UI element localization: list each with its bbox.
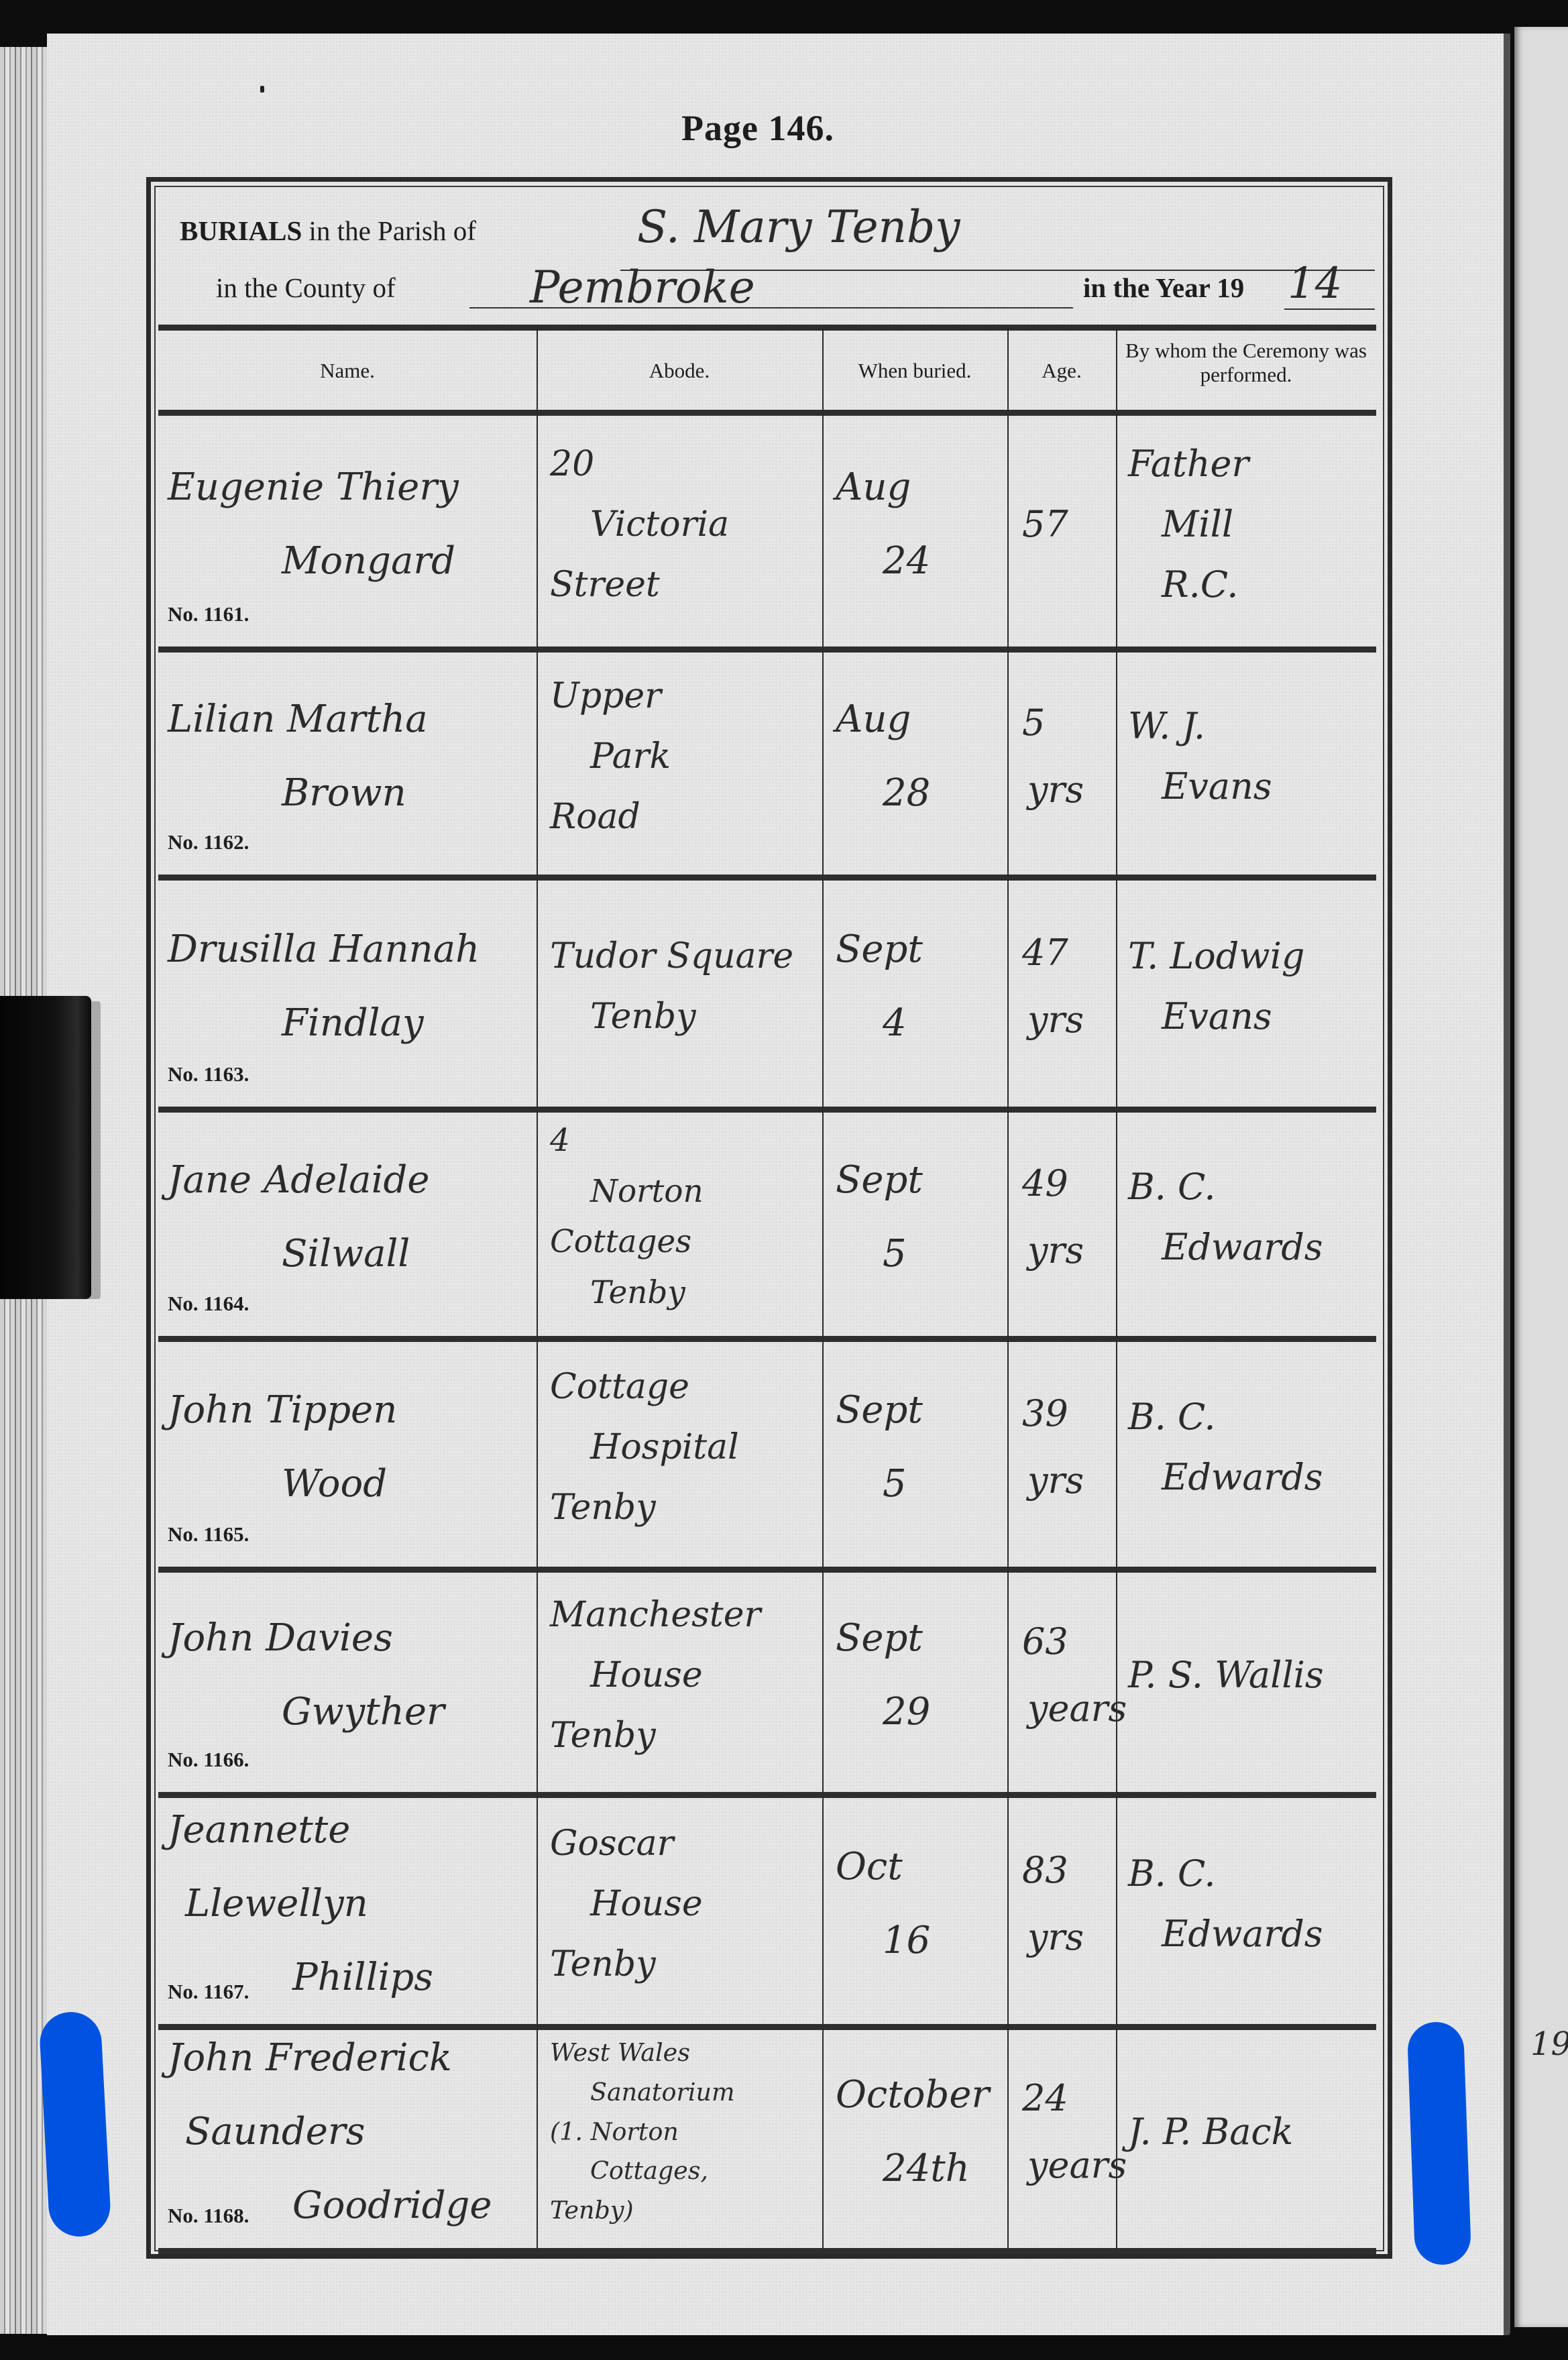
- entry-number: No. 1164.: [168, 1292, 249, 1316]
- entry-abode: Tenby: [590, 987, 696, 1047]
- parish-label-text: in the Parish of: [302, 215, 476, 246]
- entry-officiant: Edwards: [1162, 1217, 1323, 1278]
- entry-age: yrs: [1027, 987, 1084, 1054]
- burials-heading: BURIALS: [180, 215, 302, 246]
- row-rule: [158, 647, 1376, 653]
- row-rule: [158, 410, 1376, 416]
- entry-name: Mongard: [282, 524, 455, 598]
- entry-name: Phillips: [292, 1941, 433, 2015]
- blue-highlight-mark-left: [38, 2011, 111, 2238]
- row-rule: [158, 1567, 1376, 1573]
- entry-officiant: B. C.: [1128, 1157, 1216, 1217]
- entry-abode: Park: [590, 726, 671, 787]
- entry-abode: Tenby): [550, 2191, 634, 2231]
- entry-when-buried: 28: [883, 756, 930, 830]
- entry-when-buried: 29: [883, 1675, 930, 1749]
- entry-officiant: Evans: [1162, 987, 1272, 1047]
- entry-officiant: T. Lodwig: [1128, 926, 1304, 987]
- county-label: in the County of: [216, 272, 396, 304]
- entry-number: No. 1163.: [168, 1062, 249, 1086]
- entry-abode: Norton: [590, 1167, 704, 1218]
- year-underline: [1284, 308, 1375, 310]
- entry-when-buried: 4: [883, 987, 907, 1060]
- entry-age: yrs: [1027, 1447, 1084, 1514]
- entry-number: No. 1168.: [168, 2204, 249, 2228]
- entry-name: Jane Adelaide: [168, 1143, 429, 1217]
- entry-abode: Tenby: [590, 1268, 685, 1319]
- entry-number: No. 1166.: [168, 1748, 249, 1772]
- entry-abode: Street: [550, 555, 660, 615]
- entry-age: years: [1027, 1675, 1127, 1742]
- entry-officiant: Edwards: [1162, 1447, 1323, 1508]
- entry-abode: Tenby: [550, 1477, 656, 1538]
- entry-name: Drusilla Hannah: [168, 913, 480, 987]
- entry-age: 39: [1022, 1380, 1068, 1447]
- column-header-abode: Abode.: [537, 359, 822, 383]
- entry-abode: Cottage: [550, 1357, 689, 1417]
- entry-when-buried: 24: [883, 524, 930, 598]
- county-value: Pembroke: [530, 262, 755, 313]
- next-page-margin-note: 19: [1530, 2025, 1568, 2063]
- book-clip: [0, 996, 91, 1299]
- entry-officiant: J. P. Back: [1128, 2102, 1293, 2162]
- ink-speck: [260, 86, 264, 93]
- column-header-officiant: By whom the Ceremony was performed.: [1116, 339, 1376, 387]
- entry-age: yrs: [1027, 1217, 1084, 1284]
- entry-officiant: Evans: [1162, 756, 1272, 817]
- column-header-when_buried: When buried.: [822, 359, 1007, 383]
- entry-when-buried: Sept: [836, 913, 923, 987]
- entry-age: 63: [1022, 1608, 1068, 1675]
- entry-name: Goodridge: [292, 2169, 492, 2243]
- entry-number: No. 1162.: [168, 830, 249, 854]
- entry-abode: Tudor Square: [550, 926, 793, 987]
- entry-abode: Cottages: [550, 1217, 691, 1268]
- entry-officiant: W. J.: [1128, 696, 1205, 756]
- year-value: 14: [1288, 259, 1342, 308]
- entry-officiant: Father: [1128, 434, 1249, 494]
- entry-abode: Sanatorium: [590, 2073, 735, 2113]
- entry-abode: House: [590, 1874, 703, 1934]
- entry-name: Wood: [282, 1447, 387, 1521]
- entry-when-buried: 5: [883, 1217, 907, 1291]
- column-divider: [1007, 327, 1009, 2251]
- entry-officiant: Mill: [1162, 494, 1233, 555]
- entry-name: Llewellyn: [185, 1867, 368, 1941]
- entry-when-buried: Sept: [836, 1602, 923, 1675]
- entry-officiant: R.C.: [1162, 555, 1238, 615]
- entry-when-buried: 5: [883, 1447, 907, 1521]
- parish-value: S. Mary Tenby: [637, 201, 960, 253]
- entry-name: Eugenie Thiery: [168, 451, 459, 524]
- entry-age: 49: [1022, 1150, 1068, 1217]
- row-rule: [158, 1107, 1376, 1113]
- entry-when-buried: Aug: [836, 451, 911, 524]
- entry-age: years: [1027, 2132, 1127, 2199]
- entry-abode: Victoria: [590, 494, 729, 555]
- entry-name: Saunders: [185, 2095, 365, 2169]
- entry-officiant: P. S. Wallis: [1128, 1645, 1324, 1705]
- table-bottom-rule: [158, 2248, 1376, 2254]
- entry-abode: (1. Norton: [550, 2113, 679, 2152]
- entry-age: 83: [1022, 1837, 1068, 1904]
- column-divider: [1116, 327, 1117, 2251]
- entry-number: No. 1161.: [168, 602, 249, 626]
- row-rule: [158, 875, 1376, 881]
- entry-number: No. 1167.: [168, 1980, 249, 2004]
- year-label: in the Year 19: [1083, 272, 1244, 304]
- entry-age: yrs: [1027, 756, 1084, 824]
- entry-abode: 4: [550, 1116, 570, 1167]
- entry-name: Lilian Martha: [168, 683, 428, 756]
- entry-abode: Road: [550, 787, 640, 847]
- entry-abode: Manchester: [550, 1585, 761, 1645]
- entry-officiant: B. C.: [1128, 1387, 1216, 1447]
- entry-when-buried: October: [836, 2058, 989, 2132]
- entry-name: Jeannette: [168, 1793, 350, 1867]
- entry-name: Findlay: [282, 987, 424, 1060]
- entry-name: John Frederick: [168, 2021, 452, 2095]
- column-header-name: Name.: [158, 359, 537, 383]
- entry-number: No. 1165.: [168, 1522, 249, 1547]
- next-page-edge: [1514, 27, 1568, 2327]
- entry-abode: West Wales: [550, 2033, 690, 2073]
- entry-abode: Cottages,: [590, 2151, 708, 2191]
- entry-name: Gwyther: [282, 1675, 445, 1749]
- entry-when-buried: Sept: [836, 1373, 923, 1447]
- entry-name: John Tippen: [168, 1373, 397, 1447]
- entry-when-buried: Oct: [836, 1830, 903, 1904]
- entry-age: 5: [1022, 689, 1045, 756]
- entry-name: John Davies: [168, 1602, 393, 1675]
- header-top-rule: [158, 325, 1376, 331]
- entry-abode: House: [590, 1645, 703, 1705]
- entry-abode: Upper: [550, 666, 661, 726]
- entry-name: Silwall: [282, 1217, 410, 1291]
- entry-officiant: Edwards: [1162, 1904, 1323, 1964]
- entry-age: 47: [1022, 919, 1068, 987]
- page-number: Page 146.: [590, 107, 926, 149]
- entry-abode: Tenby: [550, 1934, 656, 1994]
- blue-highlight-mark-right: [1407, 2021, 1472, 2266]
- row-rule: [158, 1336, 1376, 1342]
- entry-officiant: B. C.: [1128, 1844, 1216, 1904]
- entry-when-buried: Aug: [836, 683, 911, 756]
- entry-when-buried: 24th: [883, 2132, 970, 2206]
- entry-abode: 20: [550, 434, 594, 494]
- column-divider: [822, 327, 824, 2251]
- entry-age: 57: [1022, 491, 1068, 558]
- column-divider: [537, 327, 538, 2251]
- entry-when-buried: 16: [883, 1904, 930, 1978]
- entry-abode: Goscar: [550, 1813, 674, 1874]
- entry-abode: Tenby: [550, 1705, 656, 1766]
- entry-when-buried: Sept: [836, 1143, 923, 1217]
- entry-name: Brown: [282, 756, 406, 830]
- parish-label: BURIALS in the Parish of: [180, 215, 476, 247]
- column-header-age: Age.: [1007, 359, 1116, 383]
- entry-abode: Hospital: [590, 1417, 739, 1477]
- entry-age: 24: [1022, 2065, 1068, 2132]
- entry-age: yrs: [1027, 1904, 1084, 1971]
